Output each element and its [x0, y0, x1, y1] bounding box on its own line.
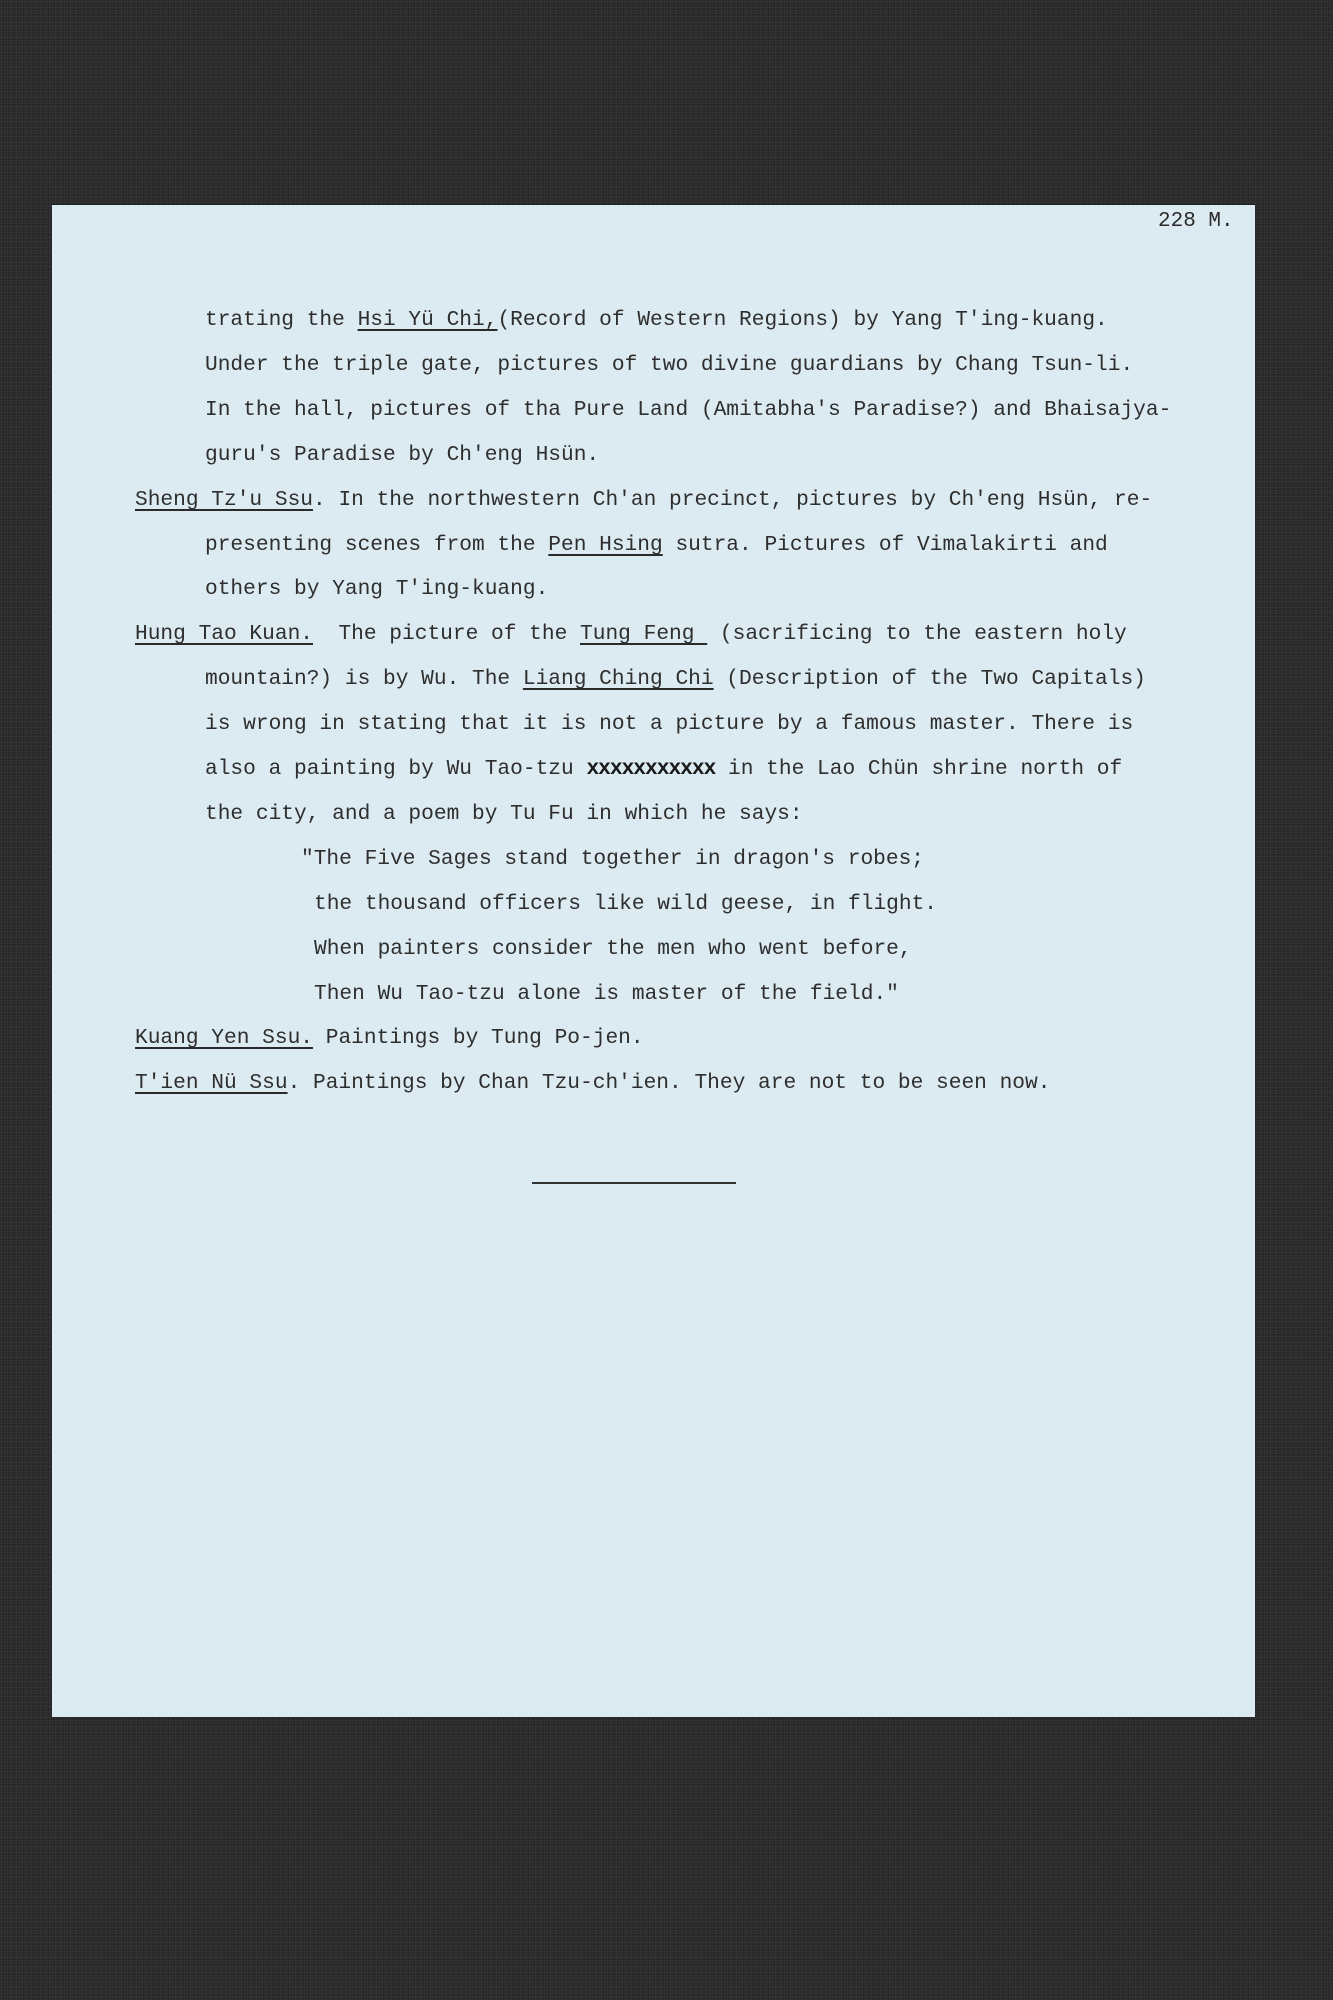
text-line: also a painting by Wu Tao-tzu xxxxxxxxxx…: [205, 757, 1122, 781]
text-run: (sacrificing to the eastern holy: [707, 622, 1127, 646]
underlined-title: Tung Feng: [580, 622, 707, 646]
poem-line: Then Wu Tao-tzu alone is master of the f…: [314, 982, 899, 1006]
underlined-title: T'ien Nü Ssu: [135, 1071, 288, 1095]
text-run: When painters consider the men who went …: [314, 937, 912, 961]
underlined-title: Sheng Tz'u Ssu: [135, 488, 313, 512]
text-line: mountain?) is by Wu. The Liang Ching Chi…: [205, 667, 1146, 691]
entry-heading-line: T'ien Nü Ssu. Paintings by Chan Tzu-ch'i…: [135, 1071, 1050, 1095]
text-run: (Record of Western Regions) by Yang T'in…: [497, 308, 1107, 332]
text-run: "The Five Sages stand together in dragon…: [301, 847, 924, 871]
end-rule-divider: [532, 1182, 736, 1184]
text-run: Then Wu Tao-tzu alone is master of the f…: [314, 982, 899, 1006]
text-run: others by Yang T'ing-kuang.: [205, 577, 548, 601]
text-run: the thousand officers like wild geese, i…: [314, 892, 937, 916]
text-run: is wrong in stating that it is not a pic…: [205, 712, 1133, 736]
text-run: sutra. Pictures of Vimalakirti and: [663, 533, 1108, 557]
text-line: is wrong in stating that it is not a pic…: [205, 712, 1133, 736]
text-run: Under the triple gate, pictures of two d…: [205, 353, 1133, 377]
text-run: presenting scenes from the: [205, 533, 548, 557]
underlined-title: Liang Ching Chi: [523, 667, 714, 691]
underlined-title: Kuang Yen Ssu.: [135, 1026, 313, 1050]
text-line: presenting scenes from the Pen Hsing sut…: [205, 533, 1108, 557]
text-line: the city, and a poem by Tu Fu in which h…: [205, 802, 803, 826]
poem-line: "The Five Sages stand together in dragon…: [301, 847, 924, 871]
entry-heading-line: Sheng Tz'u Ssu. In the northwestern Ch'a…: [135, 488, 1152, 512]
text-line: In the hall, pictures of tha Pure Land (…: [205, 398, 1171, 422]
text-run: guru's Paradise by Ch'eng Hsün.: [205, 443, 599, 467]
text-run: In the hall, pictures of tha Pure Land (…: [205, 398, 1171, 422]
entry-heading-line: Kuang Yen Ssu. Paintings by Tung Po-jen.: [135, 1026, 644, 1050]
text-run: in the Lao Chün shrine north of: [715, 757, 1122, 781]
poem-line: the thousand officers like wild geese, i…: [314, 892, 937, 916]
text-run: (Description of the Two Capitals): [714, 667, 1146, 691]
struck-out-text: xxxxxxxxxxx: [586, 757, 715, 781]
text-line: trating the Hsi Yü Chi,(Record of Wester…: [205, 308, 1108, 332]
text-run: . In the northwestern Ch'an precinct, pi…: [313, 488, 1152, 512]
typewritten-page: [52, 205, 1255, 1717]
text-run: . Paintings by Chan Tzu-ch'ien. They are…: [288, 1071, 1051, 1095]
text-line: Under the triple gate, pictures of two d…: [205, 353, 1133, 377]
underlined-title: Hung Tao Kuan.: [135, 622, 313, 646]
text-line: guru's Paradise by Ch'eng Hsün.: [205, 443, 599, 467]
page-number: 228 M.: [1158, 210, 1234, 233]
text-run: mountain?) is by Wu. The: [205, 667, 523, 691]
text-run: also a painting by Wu Tao-tzu: [205, 757, 586, 781]
text-run: Paintings by Tung Po-jen.: [313, 1026, 644, 1050]
text-run: The picture of the: [313, 622, 580, 646]
text-run: the city, and a poem by Tu Fu in which h…: [205, 802, 803, 826]
text-line: others by Yang T'ing-kuang.: [205, 577, 548, 601]
underlined-title: Pen Hsing: [548, 533, 662, 557]
poem-line: When painters consider the men who went …: [314, 937, 912, 961]
text-run: trating the: [205, 308, 358, 332]
underlined-title: Hsi Yü Chi,: [358, 308, 498, 332]
entry-heading-line: Hung Tao Kuan. The picture of the Tung F…: [135, 622, 1127, 646]
